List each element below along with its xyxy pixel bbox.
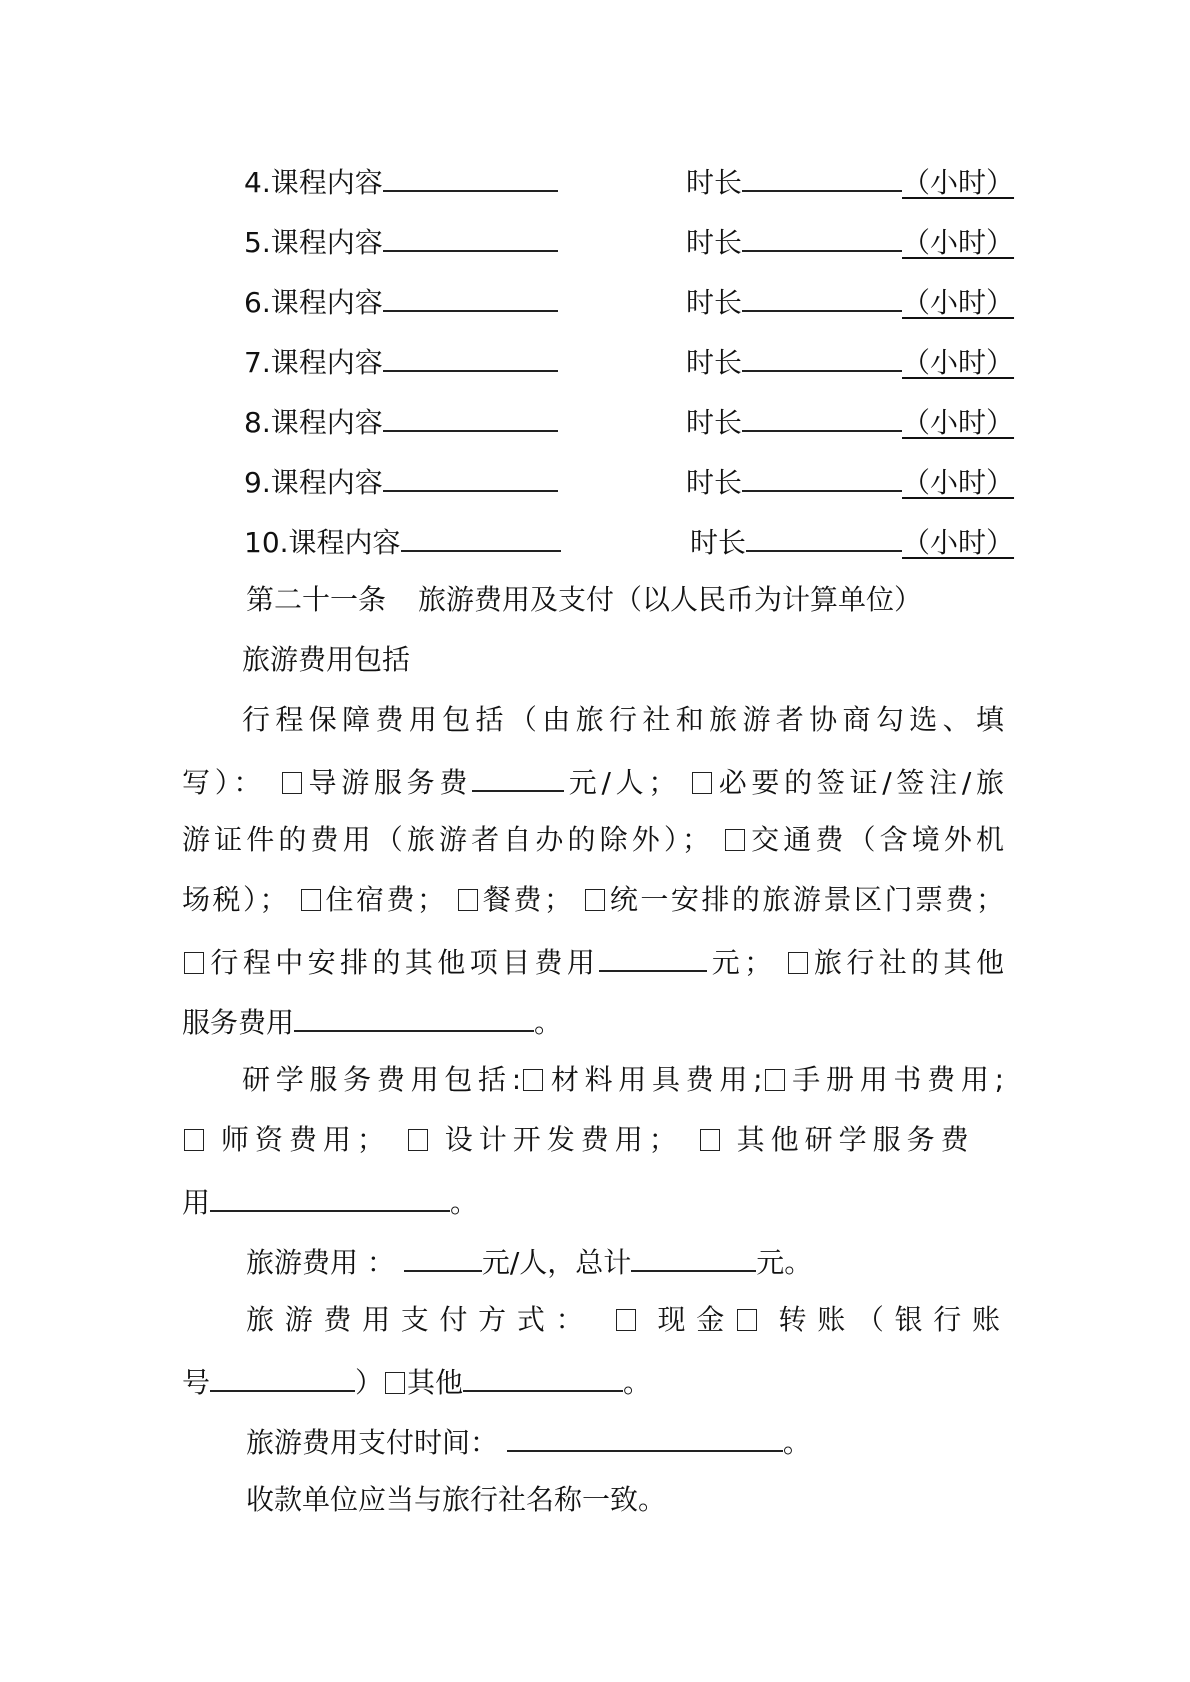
text: 游证件的费用（旅游者自办的除外）； <box>182 823 710 856</box>
text: 服务费用 <box>182 1006 294 1039</box>
total-fee-line: 旅游费用 ： 元/人，总计元。 <box>246 1240 812 1280</box>
itinerary-line-6: 服务费用。 <box>182 1000 562 1040</box>
course-content-field[interactable] <box>383 160 558 192</box>
course-label: 课程内容 <box>271 226 383 259</box>
text: 材料用具费用; <box>545 1063 762 1096</box>
course-label: 课程内容 <box>271 346 383 379</box>
checkbox-handbook-fee[interactable] <box>765 1069 785 1091</box>
course-number: 9. <box>244 466 271 499</box>
course-number: 6. <box>244 286 271 319</box>
duration-label: 时长 <box>686 406 742 439</box>
text: 现金 <box>658 1303 735 1336</box>
duration-label: 时长 <box>686 466 742 499</box>
course-number: 8. <box>244 406 271 439</box>
duration-field[interactable] <box>742 400 902 432</box>
checkbox-guide-fee[interactable] <box>282 772 302 794</box>
payment-time-field[interactable] <box>507 1420 783 1452</box>
article-number: 第二十一条 <box>246 583 386 616</box>
hours-unit: （小时） <box>902 406 1014 439</box>
checkbox-design-fee[interactable] <box>408 1129 428 1151</box>
other-items-fee-field[interactable] <box>599 940 707 972</box>
text: 用 <box>182 1186 210 1219</box>
text: 元/人，总计 <box>482 1246 631 1279</box>
itinerary-line-5: 行程中安排的其他项目费用元； 旅行社的其他 <box>182 940 1004 980</box>
text: 元。 <box>756 1246 812 1279</box>
other-payment-field[interactable] <box>463 1360 623 1392</box>
text: 餐费； <box>480 883 572 916</box>
payment-method-line-1: 旅游费用支付方式： 现金 转账（银行账 <box>246 1300 1004 1340</box>
payment-time-line: 旅游费用支付时间： 。 <box>246 1420 811 1460</box>
text: ） <box>355 1366 383 1399</box>
itinerary-line-2: 写）： 导游服务费元/人； 必要的签证/签注/旅 <box>182 760 1004 800</box>
course-number: 7. <box>244 346 271 379</box>
checkbox-ticket-fee[interactable] <box>585 889 605 911</box>
study-line-2: 师资费用； 设计开发费用； 其他研学服务费 <box>182 1120 1004 1160</box>
checkbox-other-payment[interactable] <box>385 1372 405 1394</box>
course-label: 课程内容 <box>271 406 383 439</box>
text: 号 <box>182 1366 210 1399</box>
course-label: 课程内容 <box>271 286 383 319</box>
article-title: 旅游费用及支付（以人民币为计算单位） <box>418 583 922 616</box>
course-label: 课程内容 <box>289 526 401 559</box>
duration-field[interactable] <box>742 220 902 252</box>
payment-method-label: 旅游费用支付方式： <box>246 1303 594 1336</box>
total-fee-field[interactable] <box>631 1240 756 1272</box>
duration-label: 时长 <box>690 526 746 559</box>
checkbox-visa-fee[interactable] <box>692 772 712 794</box>
text: 。 <box>450 1186 478 1219</box>
course-content-field[interactable] <box>383 400 558 432</box>
course-label: 课程内容 <box>271 466 383 499</box>
hours-unit: （小时） <box>902 346 1014 379</box>
agency-other-fee-field[interactable] <box>294 1000 534 1032</box>
checkbox-materials-fee[interactable] <box>523 1069 543 1091</box>
text: 其他研学服务费 <box>737 1123 975 1156</box>
checkbox-lodging-fee[interactable] <box>301 889 321 911</box>
fees-heading: 旅游费用包括 <box>242 640 410 680</box>
payee-note: 收款单位应当与旅行社名称一致。 <box>246 1480 666 1520</box>
checkbox-cash[interactable] <box>616 1309 636 1331</box>
study-line-1: 研学服务费用包括:材料用具费用;手册用书费用; <box>242 1060 1004 1100</box>
itinerary-line-3: 游证件的费用（旅游者自办的除外）； 交通费（含境外机 <box>182 820 1004 860</box>
text: 交通费（含境外机 <box>747 823 1004 856</box>
checkbox-other-study-fee[interactable] <box>700 1129 720 1151</box>
per-person-fee-field[interactable] <box>404 1240 482 1272</box>
duration-label: 时长 <box>686 286 742 319</box>
hours-unit: （小时） <box>902 226 1014 259</box>
text: 其他 <box>407 1366 463 1399</box>
duration-label: 时长 <box>686 346 742 379</box>
total-label: 旅游费用 ： <box>246 1246 395 1279</box>
article-heading: 第二十一条旅游费用及支付（以人民币为计算单位） <box>246 580 922 620</box>
course-content-field[interactable] <box>383 340 558 372</box>
text: 转账（银行账 <box>779 1303 1004 1336</box>
text: 导游服务费 <box>304 766 472 799</box>
other-study-fee-field[interactable] <box>210 1180 450 1212</box>
duration-field[interactable] <box>742 460 902 492</box>
checkbox-other-items-fee[interactable] <box>184 952 204 974</box>
course-content-field[interactable] <box>383 280 558 312</box>
text: 研学服务费用包括: <box>242 1063 521 1096</box>
hours-unit: （小时） <box>902 466 1014 499</box>
checkbox-teacher-fee[interactable] <box>184 1129 204 1151</box>
text: 写）： <box>182 766 266 799</box>
text: 设计开发费用； <box>445 1123 683 1156</box>
checkbox-transfer[interactable] <box>737 1309 757 1331</box>
guide-fee-field[interactable] <box>472 760 564 792</box>
course-content-field[interactable] <box>383 460 558 492</box>
text: 场税）； <box>182 883 288 916</box>
text: 旅行社的其他 <box>810 946 1004 979</box>
duration-field[interactable] <box>746 520 902 552</box>
duration-field[interactable] <box>742 160 902 192</box>
text: 。 <box>534 1006 562 1039</box>
study-line-3: 用。 <box>182 1180 478 1220</box>
checkbox-agency-other-fee[interactable] <box>788 952 808 974</box>
hours-unit: （小时） <box>902 286 1014 319</box>
duration-label: 时长 <box>686 226 742 259</box>
duration-label: 时长 <box>686 166 742 199</box>
duration-field[interactable] <box>742 340 902 372</box>
duration-field[interactable] <box>742 280 902 312</box>
itinerary-line-4: 场税）； 住宿费； 餐费； 统一安排的旅游景区门票费； <box>182 880 1004 920</box>
text: 。 <box>623 1366 651 1399</box>
checkbox-transport-fee[interactable] <box>725 829 745 851</box>
checkbox-meal-fee[interactable] <box>458 889 478 911</box>
text: 师资费用； <box>221 1123 391 1156</box>
text: 必要的签证/签注/旅 <box>714 766 1004 799</box>
hours-unit: （小时） <box>902 166 1014 199</box>
text: 手册用书费用; <box>787 1063 1004 1096</box>
course-label: 课程内容 <box>271 166 383 199</box>
course-number: 10. <box>244 526 289 559</box>
text: 住宿费； <box>323 883 445 916</box>
itinerary-line-1: 行程保障费用包括（由旅行社和旅游者协商勾选、填 <box>242 700 1004 740</box>
payment-time-label: 旅游费用支付时间： <box>246 1426 498 1459</box>
text: 行程中安排的其他项目费用 <box>206 946 599 979</box>
bank-account-field[interactable] <box>210 1360 355 1392</box>
text: 元； <box>707 946 772 979</box>
course-number: 5. <box>244 226 271 259</box>
course-content-field[interactable] <box>401 520 561 552</box>
text: 。 <box>783 1426 811 1459</box>
course-number: 4. <box>244 166 271 199</box>
course-content-field[interactable] <box>383 220 558 252</box>
text: 元/人； <box>564 766 676 799</box>
text: 统一安排的旅游景区门票费； <box>607 883 1004 916</box>
hours-unit: （小时） <box>902 526 1014 559</box>
payment-method-line-2: 号）其他。 <box>182 1360 651 1400</box>
